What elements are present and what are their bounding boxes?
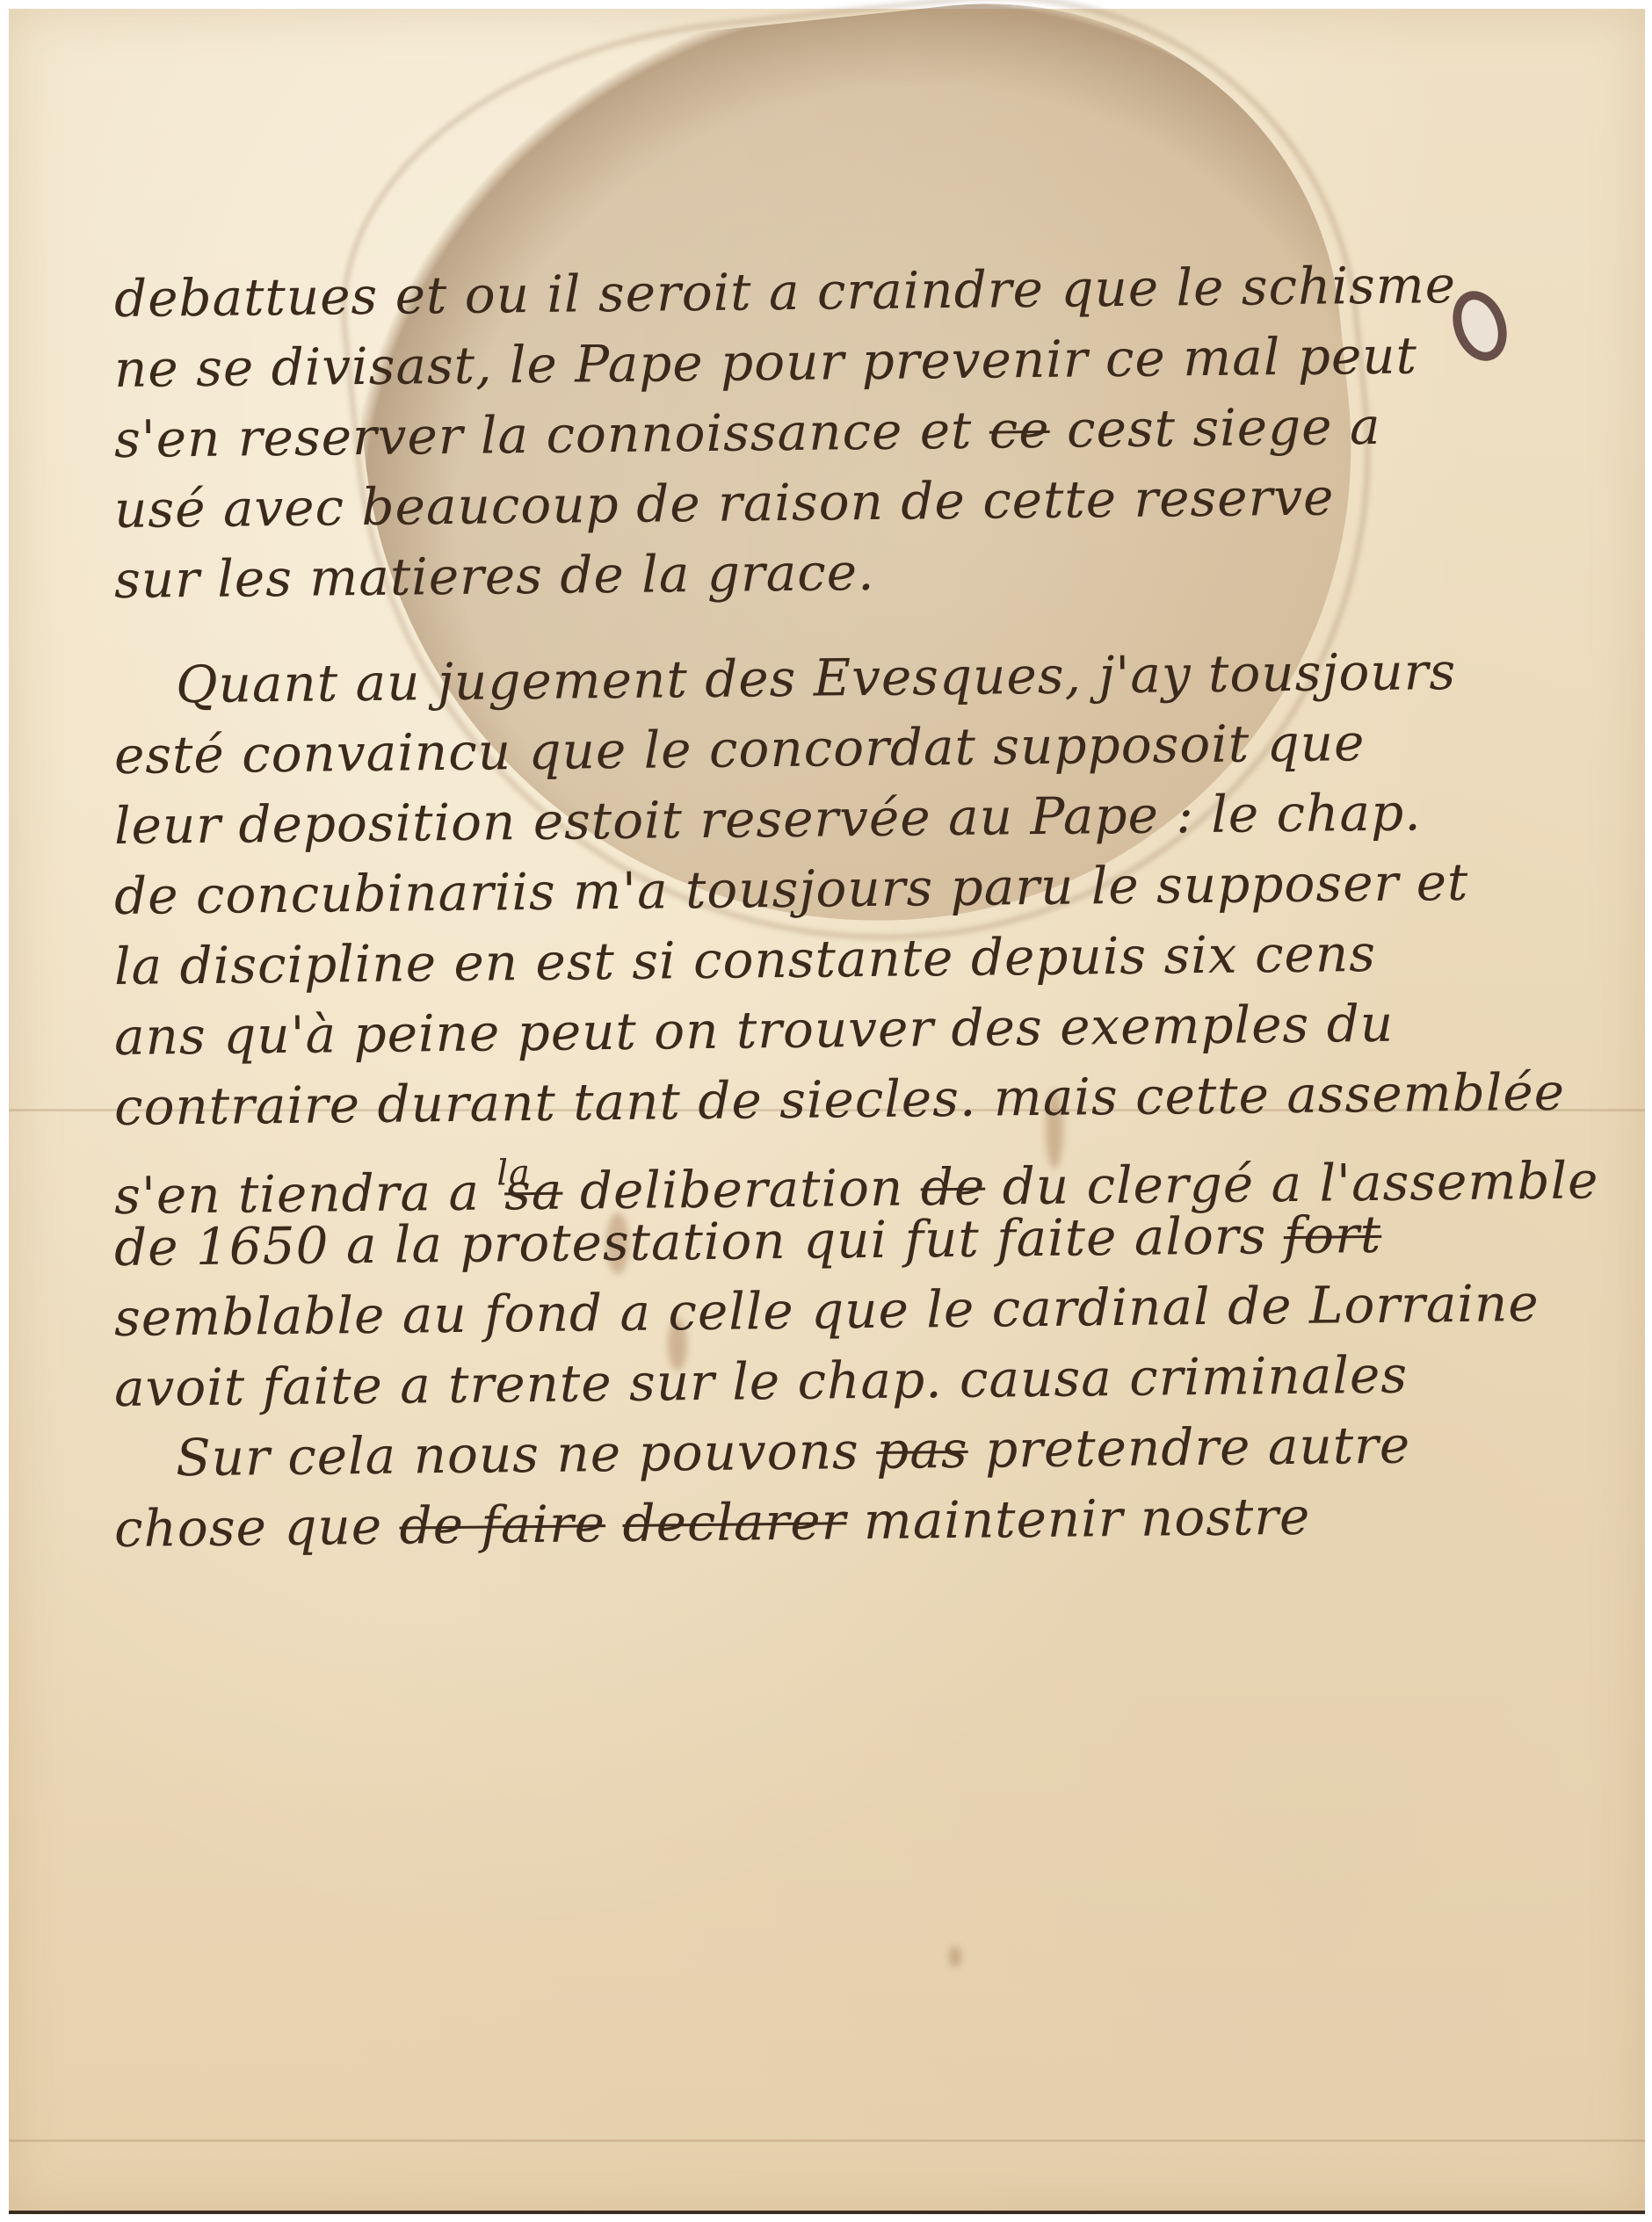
text-line: sur les matieres de la grace. [114,530,1556,615]
paper-fold [9,2139,1645,2142]
struck-word: ce [989,400,1050,460]
struck-word: de faire [399,1494,605,1555]
struck-word: declarer [622,1491,847,1553]
struck-word: pas [876,1420,968,1480]
stain-spot [949,1946,961,1967]
text-line: chose que de faire declarer maintenir no… [114,1479,1556,1564]
handwritten-text: debattues et ou il seroit a craindre que… [114,264,1555,1564]
page-edge [9,2211,1645,2214]
struck-word: fort [1283,1205,1381,1265]
